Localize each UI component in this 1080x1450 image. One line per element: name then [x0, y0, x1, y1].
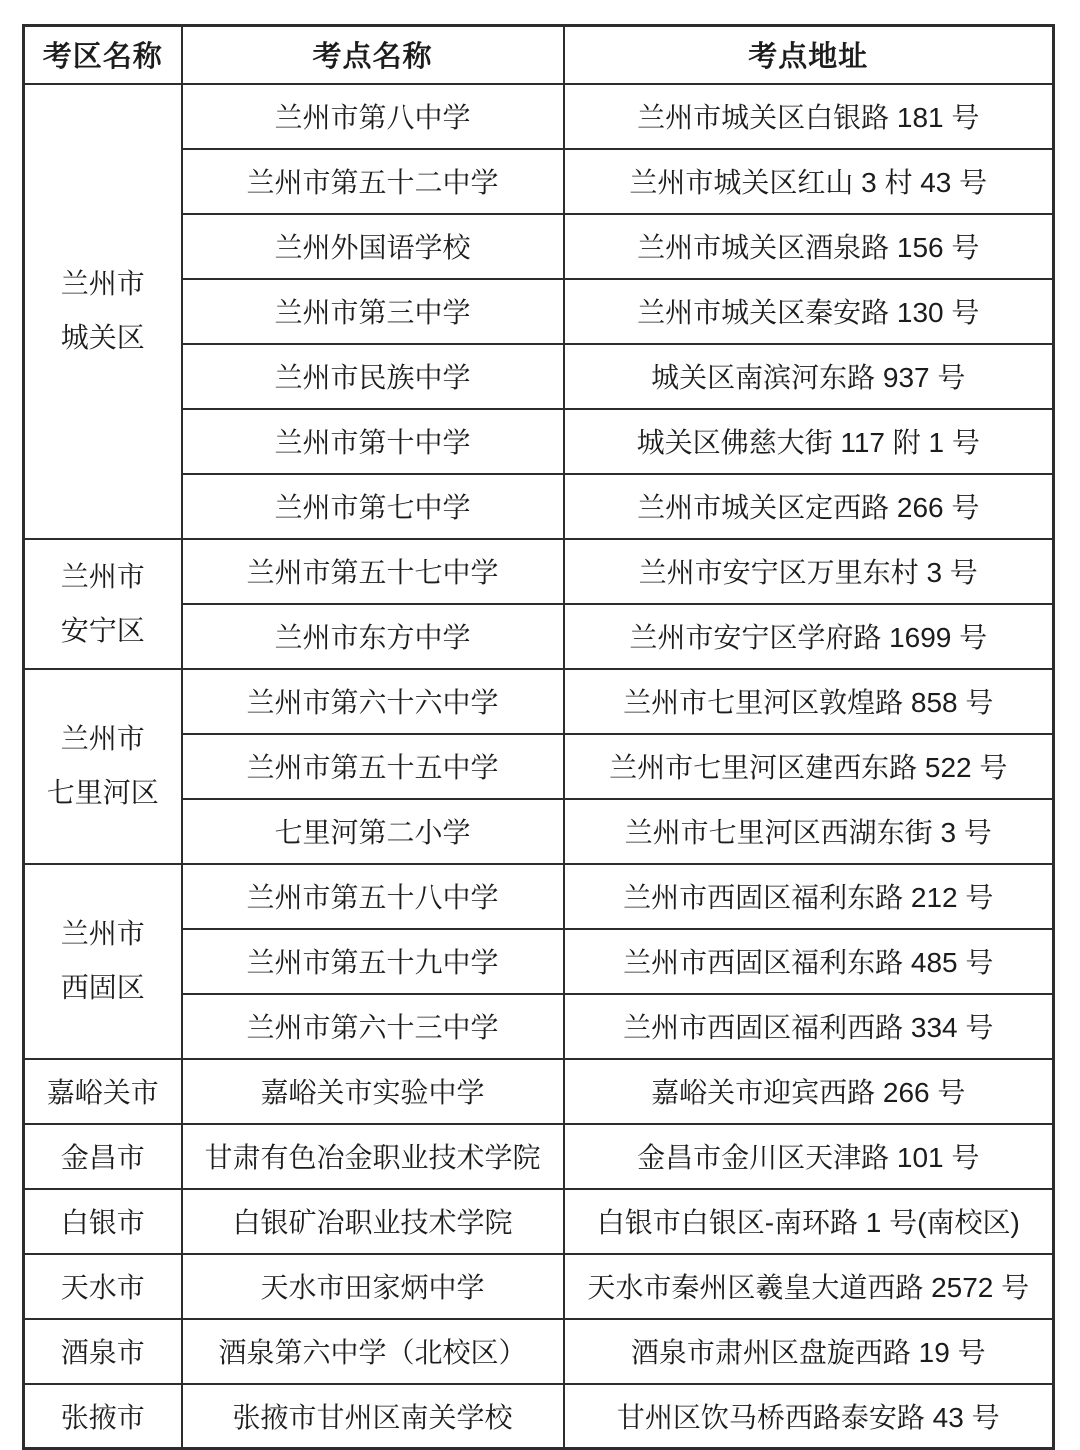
table-row: 天水市 天水市田家炳中学 天水市秦州区羲皇大道西路 2572 号: [24, 1254, 1054, 1319]
site-address-cell: 兰州市西固区福利西路 334 号: [564, 994, 1054, 1059]
site-address-cell: 城关区南滨河东路 937 号: [564, 344, 1054, 409]
site-name-cell: 兰州市第五十五中学: [182, 734, 564, 799]
site-address-cell: 兰州市城关区白银路 181 号: [564, 84, 1054, 149]
site-name-cell: 酒泉第六中学（北校区）: [182, 1319, 564, 1384]
site-name-cell: 兰州市第八中学: [182, 84, 564, 149]
site-address-cell: 甘州区饮马桥西路泰安路 43 号: [564, 1384, 1054, 1449]
site-name-cell: 兰州市第五十九中学: [182, 929, 564, 994]
site-address-cell: 兰州市安宁区万里东村 3 号: [564, 539, 1054, 604]
table-row: 嘉峪关市 嘉峪关市实验中学 嘉峪关市迎宾西路 266 号: [24, 1059, 1054, 1124]
area-name-line: 兰州市: [29, 550, 177, 604]
header-area: 考区名称: [24, 26, 182, 84]
site-name-cell: 兰州市第五十七中学: [182, 539, 564, 604]
area-cell-qilihe: 兰州市 七里河区: [24, 669, 182, 864]
site-address-cell: 兰州市七里河区西湖东街 3 号: [564, 799, 1054, 864]
site-name-cell: 甘肃有色冶金职业技术学院: [182, 1124, 564, 1189]
site-address-cell: 兰州市七里河区建西东路 522 号: [564, 734, 1054, 799]
site-name-cell: 兰州市民族中学: [182, 344, 564, 409]
site-address-cell: 兰州市七里河区敦煌路 858 号: [564, 669, 1054, 734]
site-address-cell: 兰州市城关区酒泉路 156 号: [564, 214, 1054, 279]
area-cell-jinchang: 金昌市: [24, 1124, 182, 1189]
site-address-cell: 嘉峪关市迎宾西路 266 号: [564, 1059, 1054, 1124]
site-name-cell: 兰州市第七中学: [182, 474, 564, 539]
header-row: 考区名称 考点名称 考点地址: [24, 26, 1054, 84]
site-name-cell: 张掖市甘州区南关学校: [182, 1384, 564, 1449]
site-name-cell: 兰州市第十中学: [182, 409, 564, 474]
area-cell-zhangye: 张掖市: [24, 1384, 182, 1449]
site-name-cell: 天水市田家炳中学: [182, 1254, 564, 1319]
area-name-line: 兰州市: [29, 257, 177, 311]
area-cell-chengguan: 兰州市 城关区: [24, 84, 182, 539]
area-name-line: 兰州市: [29, 712, 177, 766]
site-name-cell: 兰州市东方中学: [182, 604, 564, 669]
site-name-cell: 兰州外国语学校: [182, 214, 564, 279]
area-cell-tianshui: 天水市: [24, 1254, 182, 1319]
site-address-cell: 城关区佛慈大街 117 附 1 号: [564, 409, 1054, 474]
exam-sites-table-container: 考区名称 考点名称 考点地址 兰州市 城关区 兰州市第八中学 兰州市城关区白银路…: [22, 24, 1055, 1450]
site-address-cell: 金昌市金川区天津路 101 号: [564, 1124, 1054, 1189]
area-cell-anning: 兰州市 安宁区: [24, 539, 182, 669]
site-address-cell: 兰州市城关区秦安路 130 号: [564, 279, 1054, 344]
site-name-cell: 白银矿冶职业技术学院: [182, 1189, 564, 1254]
table-row: 兰州市 安宁区 兰州市第五十七中学 兰州市安宁区万里东村 3 号: [24, 539, 1054, 604]
table-row: 兰州市 西固区 兰州市第五十八中学 兰州市西固区福利东路 212 号: [24, 864, 1054, 929]
site-address-cell: 白银市白银区-南环路 1 号(南校区): [564, 1189, 1054, 1254]
header-site: 考点名称: [182, 26, 564, 84]
exam-sites-table: 考区名称 考点名称 考点地址 兰州市 城关区 兰州市第八中学 兰州市城关区白银路…: [22, 24, 1055, 1450]
site-address-cell: 兰州市安宁区学府路 1699 号: [564, 604, 1054, 669]
site-name-cell: 兰州市第五十二中学: [182, 149, 564, 214]
table-row: 白银市 白银矿冶职业技术学院 白银市白银区-南环路 1 号(南校区): [24, 1189, 1054, 1254]
table-row: 张掖市 张掖市甘州区南关学校 甘州区饮马桥西路泰安路 43 号: [24, 1384, 1054, 1449]
site-address-cell: 兰州市城关区红山 3 村 43 号: [564, 149, 1054, 214]
area-name-line: 西固区: [29, 961, 177, 1015]
table-row: 酒泉市 酒泉第六中学（北校区） 酒泉市肃州区盘旋西路 19 号: [24, 1319, 1054, 1384]
site-name-cell: 兰州市第三中学: [182, 279, 564, 344]
site-address-cell: 兰州市城关区定西路 266 号: [564, 474, 1054, 539]
site-name-cell: 兰州市第六十三中学: [182, 994, 564, 1059]
area-cell-xigu: 兰州市 西固区: [24, 864, 182, 1059]
area-name-line: 七里河区: [29, 766, 177, 820]
area-name-line: 安宁区: [29, 604, 177, 658]
site-address-cell: 兰州市西固区福利东路 485 号: [564, 929, 1054, 994]
area-name-line: 城关区: [29, 311, 177, 365]
area-name-line: 兰州市: [29, 907, 177, 961]
area-cell-baiyin: 白银市: [24, 1189, 182, 1254]
table-row: 金昌市 甘肃有色冶金职业技术学院 金昌市金川区天津路 101 号: [24, 1124, 1054, 1189]
area-cell-jiayuguan: 嘉峪关市: [24, 1059, 182, 1124]
site-address-cell: 兰州市西固区福利东路 212 号: [564, 864, 1054, 929]
site-name-cell: 兰州市第六十六中学: [182, 669, 564, 734]
table-row: 兰州市 七里河区 兰州市第六十六中学 兰州市七里河区敦煌路 858 号: [24, 669, 1054, 734]
area-cell-jiuquan: 酒泉市: [24, 1319, 182, 1384]
table-row: 兰州市 城关区 兰州市第八中学 兰州市城关区白银路 181 号: [24, 84, 1054, 149]
site-name-cell: 嘉峪关市实验中学: [182, 1059, 564, 1124]
site-address-cell: 天水市秦州区羲皇大道西路 2572 号: [564, 1254, 1054, 1319]
site-address-cell: 酒泉市肃州区盘旋西路 19 号: [564, 1319, 1054, 1384]
header-address: 考点地址: [564, 26, 1054, 84]
site-name-cell: 七里河第二小学: [182, 799, 564, 864]
site-name-cell: 兰州市第五十八中学: [182, 864, 564, 929]
